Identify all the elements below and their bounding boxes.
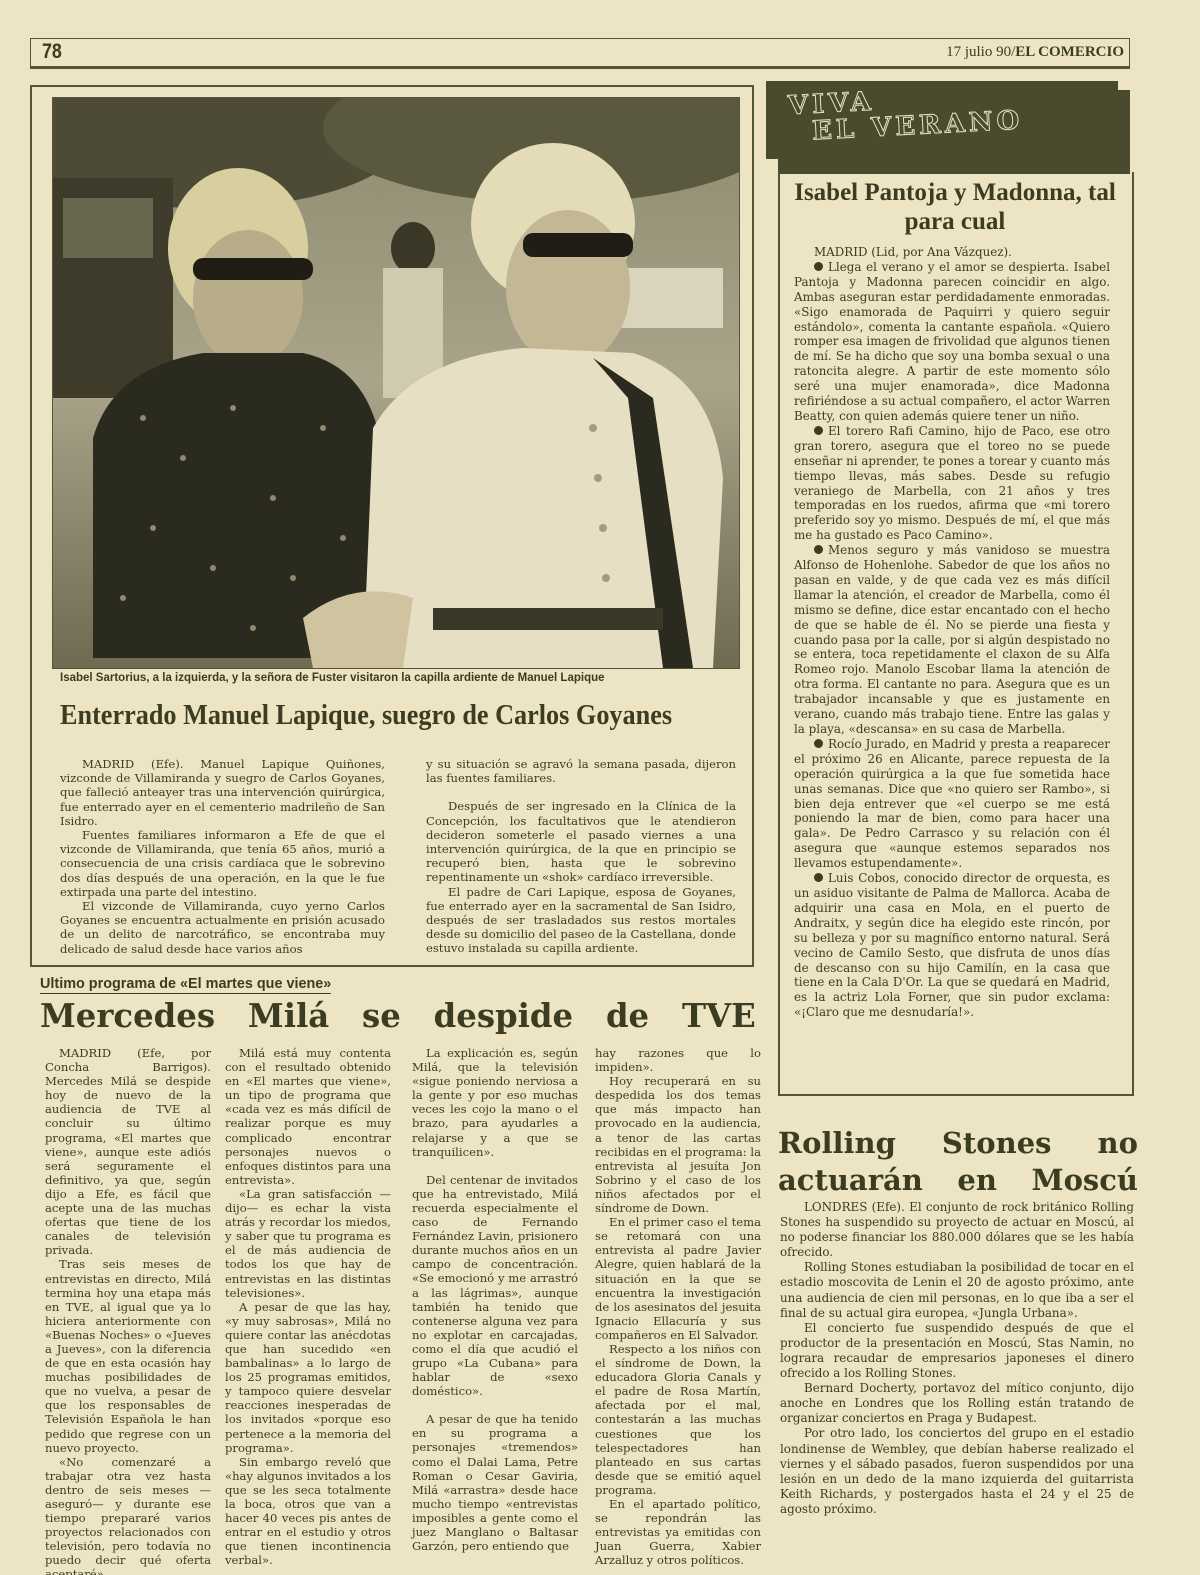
- paragraph: El vizconde de Villamiranda, cuyo yerno …: [60, 899, 385, 956]
- photo-caption: Isabel Sartorius, a la izquierda, y la s…: [60, 672, 740, 684]
- paragraph: Respecto a los niños con el síndrome de …: [595, 1342, 761, 1497]
- mila-column-1: MADRID (Efe, por Concha Barrigos). Merce…: [45, 1046, 211, 1575]
- lapique-column-2: y su situación se agravó la semana pasad…: [426, 757, 736, 956]
- issue-dateline: 17 julio 90/EL COMERCIO: [946, 44, 1124, 61]
- paragraph: Rolling Stones estudiaban la posibilidad…: [780, 1260, 1134, 1320]
- stones-body: LONDRES (Efe). El conjunto de rock britá…: [780, 1200, 1134, 1517]
- issue-date: 17 julio 90/: [946, 44, 1015, 60]
- bullet-icon: [814, 426, 823, 435]
- viva-el-verano-banner: VIVA EL VERANO: [766, 81, 1118, 159]
- lapique-column-1: MADRID (Efe). Manuel Lapique Quiñones, v…: [60, 757, 385, 956]
- mila-column-3: La explicación es, según Milá, que la te…: [412, 1046, 578, 1553]
- gossip-item: Menos seguro y más vanidoso se muestra A…: [794, 543, 1110, 737]
- bullet-icon: [814, 262, 823, 271]
- paragraph: A pesar de que ha tenido en su programa …: [412, 1412, 578, 1553]
- bullet-icon: [814, 873, 823, 882]
- paragraph: La explicación es, según Milá, que la te…: [412, 1046, 578, 1159]
- paragraph: En el primer caso el tema se retomará co…: [595, 1215, 761, 1342]
- paragraph: Sin embargo reveló que «hay algunos invi…: [225, 1455, 391, 1568]
- paragraph: A pesar de que las hay, «y muy sabrosas»…: [225, 1300, 391, 1455]
- bullet-icon: [814, 739, 823, 748]
- gossip-item: Llega el verano y el amor se despierta. …: [794, 260, 1110, 424]
- paragraph: Milá está muy contenta con el resultado …: [225, 1046, 391, 1187]
- photo-image-icon: [53, 98, 739, 668]
- paragraph: hay razones que lo impiden».: [595, 1046, 761, 1074]
- paragraph: Bernard Docherty, portavoz del mítico co…: [780, 1381, 1134, 1426]
- bullet-icon: [814, 545, 823, 554]
- paragraph: «La gran satisfacción —dijo— es echar la…: [225, 1187, 391, 1300]
- stones-headline: Rolling Stones no actuarán en Moscú: [778, 1125, 1138, 1199]
- paragraph: En el apartado político, se repondrán la…: [595, 1497, 761, 1567]
- publication-name: EL COMERCIO: [1015, 44, 1124, 60]
- mila-column-2: Milá está muy contenta con el resultado …: [225, 1046, 391, 1567]
- paragraph: Del centenar de invitados que ha entrevi…: [412, 1173, 578, 1399]
- header-rule: [30, 66, 1130, 69]
- pantoja-body: MADRID (Lid, por Ana Vázquez). Llega el …: [794, 245, 1110, 1020]
- paragraph: Por otro lado, los conciertos del grupo …: [780, 1426, 1134, 1517]
- paragraph: Tras seis meses de entrevistas en direct…: [45, 1257, 211, 1454]
- gossip-item: Rocío Jurado, en Madrid y presta a reapa…: [794, 737, 1110, 871]
- paragraph: Después de ser ingresado en la Clínica d…: [426, 799, 736, 884]
- paragraph: Hoy recuperará en su despedida los dos t…: [595, 1074, 761, 1215]
- gossip-item: El torero Rafi Camino, hijo de Paco, ese…: [794, 424, 1110, 543]
- paragraph: MADRID (Efe). Manuel Lapique Quiñones, v…: [60, 757, 385, 828]
- page-number: 78: [42, 40, 62, 64]
- mila-kicker: Ultimo programa de «El martes que viene»: [40, 975, 331, 994]
- pantoja-headline: Isabel Pantoja y Madonna, tal para cual: [778, 178, 1132, 236]
- pantoja-dateline: MADRID (Lid, por Ana Vázquez).: [794, 245, 1110, 260]
- paragraph: «No comenzaré a trabajar otra vez hasta …: [45, 1455, 211, 1575]
- mila-column-4: hay razones que lo impiden». Hoy recuper…: [595, 1046, 761, 1567]
- paragraph: Fuentes familiares informaron a Efe de q…: [60, 828, 385, 899]
- paragraph: MADRID (Efe, por Concha Barrigos). Merce…: [45, 1046, 211, 1257]
- paragraph: El padre de Cari Lapique, esposa de Goya…: [426, 885, 736, 956]
- gossip-item: Luis Cobos, conocido director de orquest…: [794, 871, 1110, 1020]
- paragraph: El concierto fue suspendido después de q…: [780, 1321, 1134, 1381]
- news-photo: [52, 97, 740, 669]
- paragraph: y su situación se agravó la semana pasad…: [426, 757, 736, 785]
- mila-headline: Mercedes Milá se despide de TVE: [40, 996, 746, 1035]
- paragraph: LONDRES (Efe). El conjunto de rock britá…: [780, 1200, 1134, 1260]
- lapique-headline: Enterrado Manuel Lapique, suegro de Carl…: [60, 700, 695, 732]
